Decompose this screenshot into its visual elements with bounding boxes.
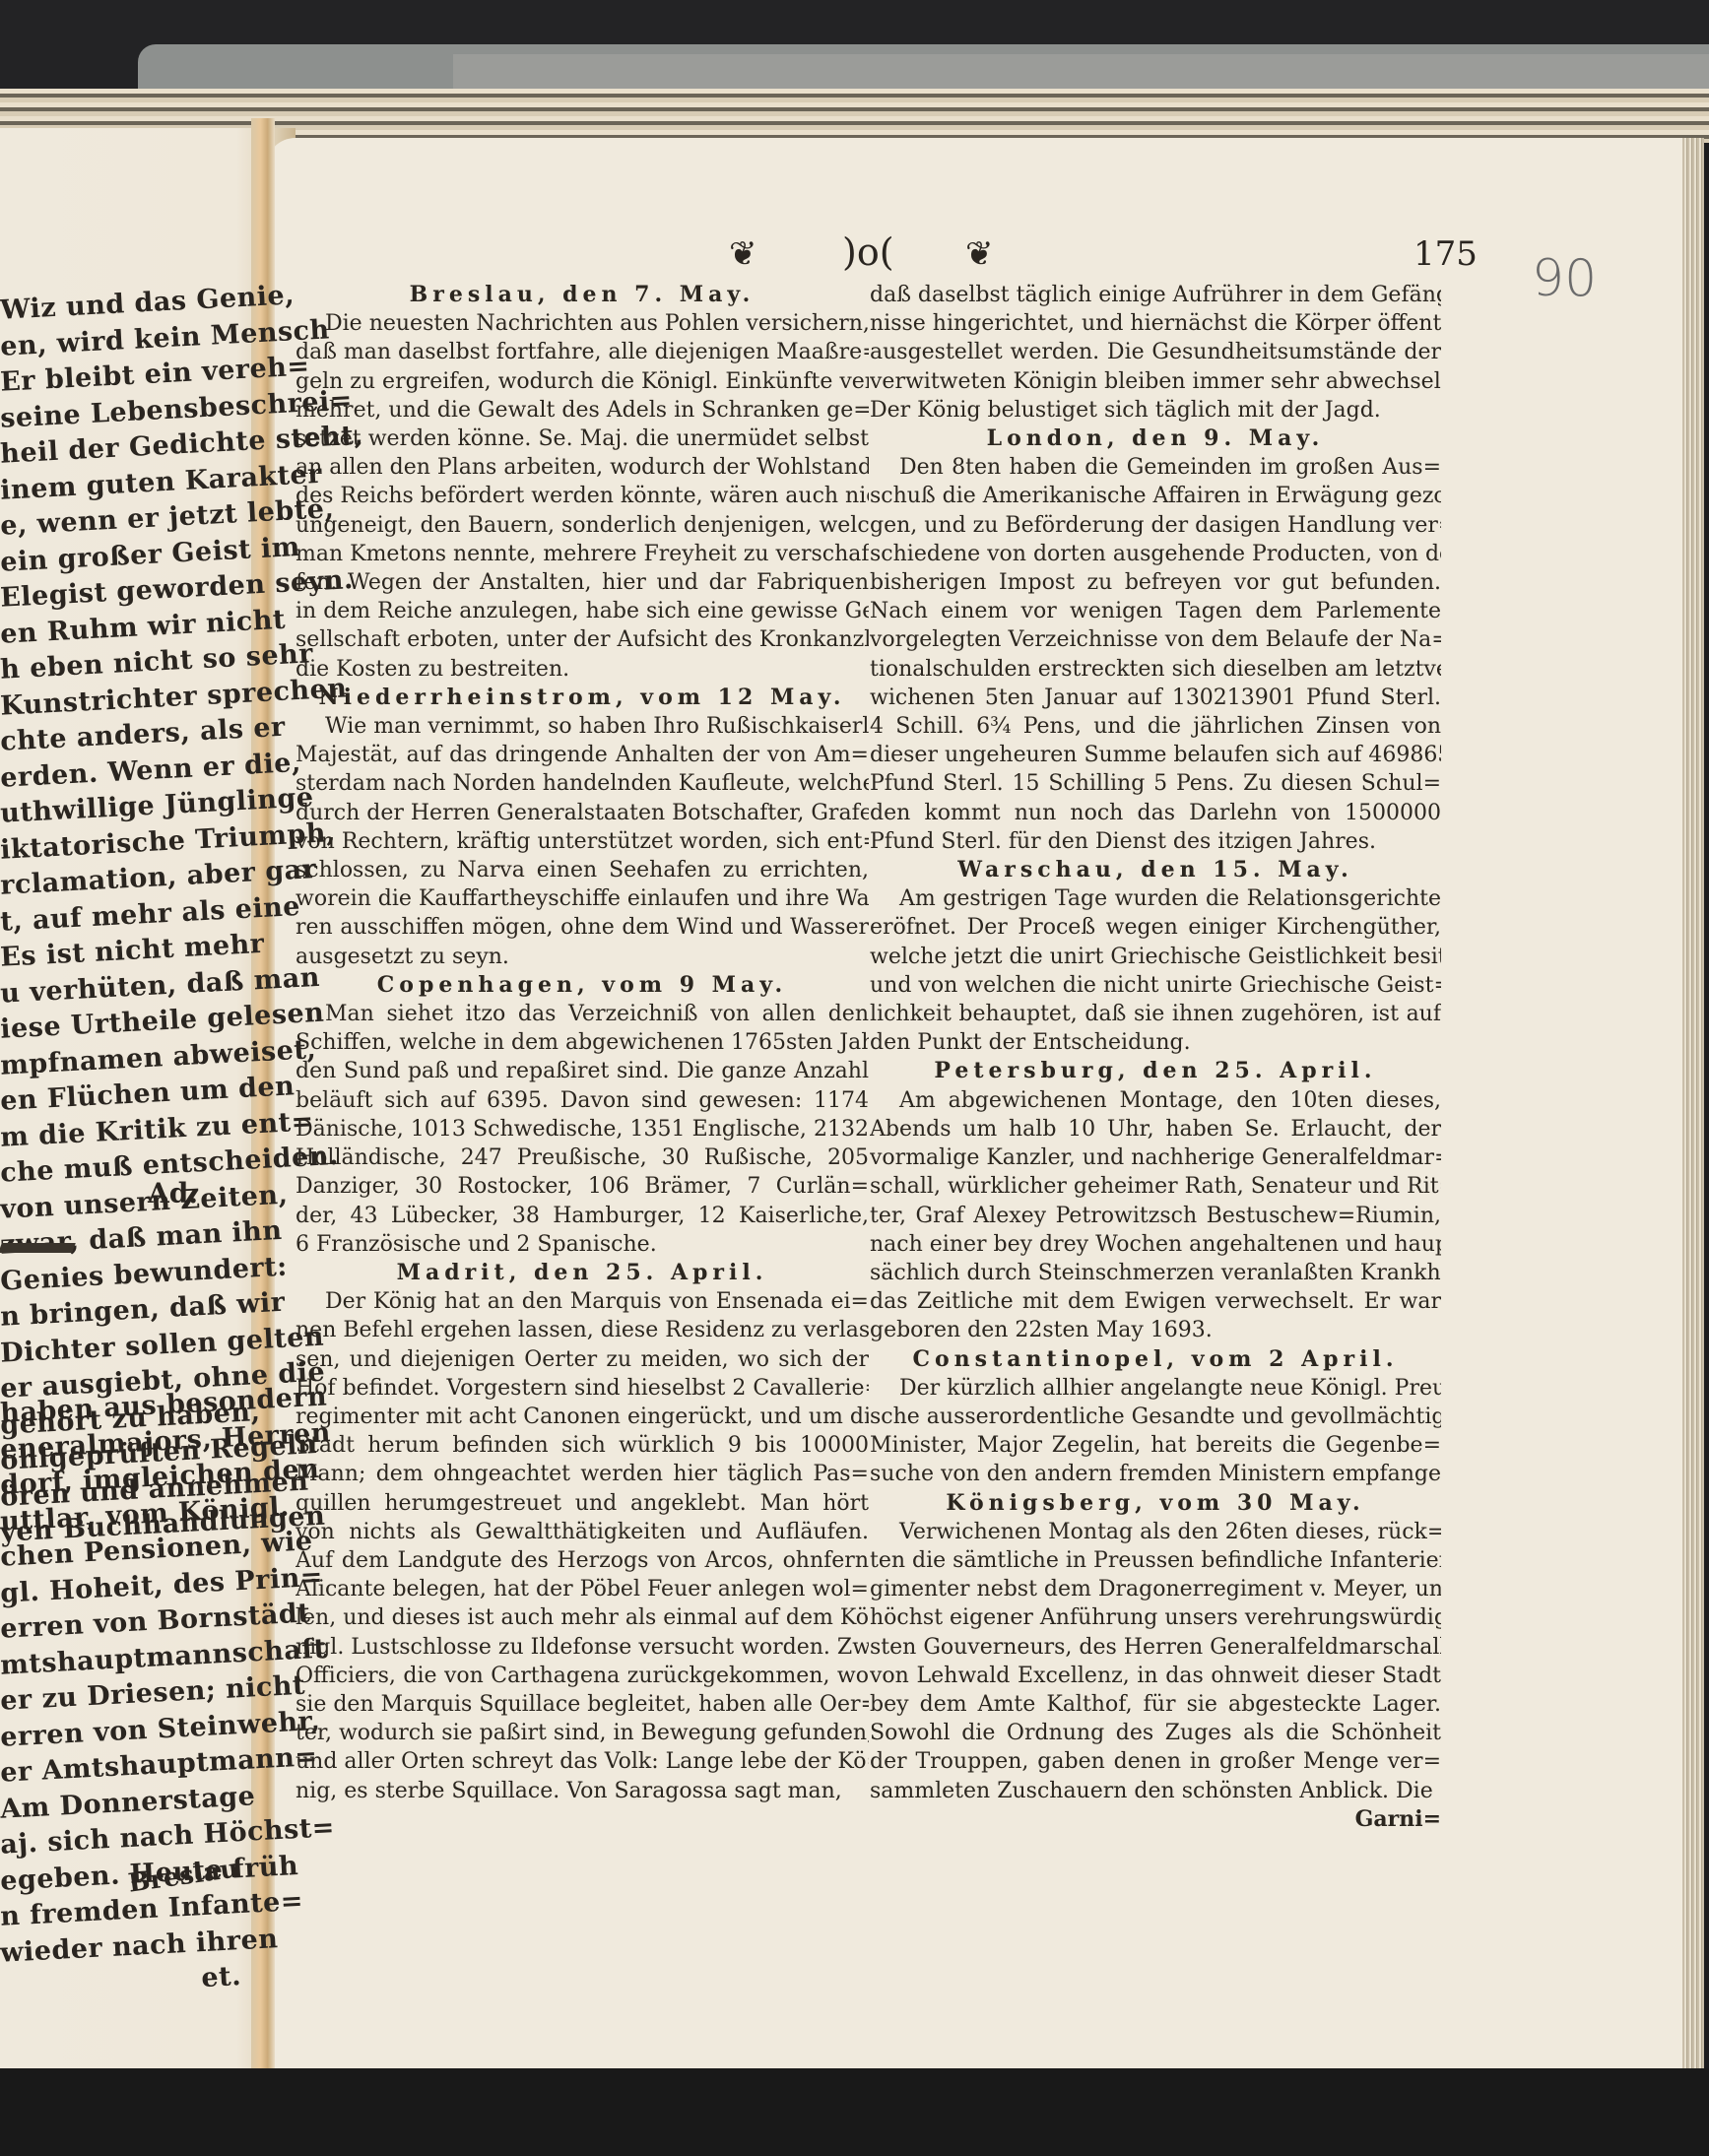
article-text-line: Die neuesten Nachrichten aus Pohlen vers… <box>296 309 869 338</box>
article-text-line: ausgestellet werden. Die Gesundheitsumst… <box>870 338 1441 366</box>
article-text-line: sellschaft erboten, unter der Aufsicht d… <box>296 625 869 654</box>
article-text-line: eröfnet. Der Proceß wegen einiger Kirche… <box>870 913 1441 942</box>
pencil-folio-number: 90 <box>1532 249 1597 308</box>
article-text-line: tionalschulden erstreckten sich dieselbe… <box>870 655 1441 684</box>
article-text-line: sächlich durch Steinschmerzen veranlaßte… <box>870 1259 1441 1287</box>
page-number: 175 <box>1413 234 1478 274</box>
text-column-right: daß daselbst täglich einige Aufrührer in… <box>870 281 1441 1834</box>
article-text-line: nen Befehl ergehen lassen, diese Residen… <box>296 1316 869 1344</box>
article-text-line: Majestät, auf das dringende Anhalten der… <box>296 741 869 769</box>
article-text-line: höchst eigener Anführung unsers verehrun… <box>870 1603 1441 1632</box>
article-text-line: Der König hat an den Marquis von Ensenad… <box>296 1287 869 1316</box>
article-text-line: wichenen 5ten Januar auf 130213901 Pfund… <box>870 684 1441 712</box>
article-dateline: Königsberg, vom 30 May. <box>870 1489 1441 1518</box>
article-text-line: in dem Reiche anzulegen, habe sich eine … <box>296 597 869 625</box>
article-text-line: Schiffen, welche in dem abgewichenen 176… <box>296 1028 869 1057</box>
article-text-line: Abends um halb 10 Uhr, haben Se. Erlauch… <box>870 1115 1441 1143</box>
article-text-line: ungeneigt, den Bauern, sonderlich denjen… <box>296 511 869 540</box>
article-text-line: den kommt nun noch das Darlehn von 15000… <box>870 799 1441 827</box>
article-text-line: und aller Orten schreyt das Volk: Lange … <box>296 1747 869 1776</box>
article-text-line: sten Gouverneurs, des Herren Generalfeld… <box>870 1633 1441 1662</box>
article-text-line: beläuft sich auf 6395. Davon sind gewese… <box>296 1086 869 1115</box>
article-text-line: ter, wodurch sie paßirt sind, in Bewegun… <box>296 1719 869 1747</box>
article-text-line: Sowohl die Ordnung des Zuges als die Sch… <box>870 1719 1441 1747</box>
article-text-line: Mann; dem ohngeachtet werden hier täglic… <box>296 1460 869 1488</box>
article-text-line: Pfund Sterl. 15 Schilling 5 Pens. Zu die… <box>870 769 1441 798</box>
article-text-line: worein die Kauffartheyschiffe einlaufen … <box>296 884 869 913</box>
article-text-line: durch der Herren Generalstaaten Botschaf… <box>296 799 869 827</box>
article-text-line: daß daselbst täglich einige Aufrührer in… <box>870 281 1441 309</box>
article-text-line: schiedene von dorten ausgehende Producte… <box>870 540 1441 568</box>
article-text-line: Am gestrigen Tage wurden die Relationsge… <box>870 884 1441 913</box>
article-text-line: Auf dem Landgute des Herzogs von Arcos, … <box>296 1546 869 1575</box>
article-text-line: das Zeitliche mit dem Ewigen verwechselt… <box>870 1287 1441 1316</box>
article-text-line: von Lehwald Excellenz, in das ohnweit di… <box>870 1662 1441 1690</box>
article-text-line: Dänische, 1013 Schwedische, 1351 Englisc… <box>296 1115 869 1143</box>
article-text-line: Danziger, 30 Rostocker, 106 Brämer, 7 Cu… <box>296 1172 869 1201</box>
article-text-line: ausgesetzt zu seyn. <box>296 943 869 971</box>
article-signature: Ad. <box>148 1177 198 1209</box>
article-text-line: daß man daselbst fortfahre, alle diejeni… <box>296 338 869 366</box>
article-text-line: der, 43 Lübecker, 38 Hamburger, 12 Kaise… <box>296 1202 869 1230</box>
article-text-line: 6 Französische und 2 Spanische. <box>296 1230 869 1259</box>
article-text-line: setzet werden könne. Se. Maj. die unermü… <box>296 425 869 453</box>
article-dateline: Petersburg, den 25. April. <box>870 1057 1441 1085</box>
news-article: Warschau, den 15. May.Am gestrigen Tage … <box>870 856 1441 1057</box>
article-text-line: Verwichenen Montag als den 26ten dieses,… <box>870 1518 1441 1546</box>
article-text-line: Der kürzlich allhier angelangte neue Kön… <box>870 1374 1441 1403</box>
article-text-line: den Punkt der Entscheidung. <box>870 1028 1441 1057</box>
article-dateline: Copenhagen, vom 9 May. <box>296 971 869 1000</box>
article-text-line: Holländische, 247 Preußische, 30 Rußisch… <box>296 1143 869 1172</box>
news-article: daß daselbst täglich einige Aufrührer in… <box>870 281 1441 425</box>
article-text-line: Wie man vernimmt, so haben Ihro Rußischk… <box>296 712 869 741</box>
article-text-line: vormalige Kanzler, und nachherige Genera… <box>870 1143 1441 1172</box>
running-header: ❦ )o( ❦ 175 <box>729 234 1438 274</box>
news-article: Copenhagen, vom 9 May.Man siehet itzo da… <box>296 971 869 1259</box>
article-text-line: Nach einem vor wenigen Tagen dem Parleme… <box>870 597 1441 625</box>
article-text-line: vorgelegten Verzeichnisse von dem Belauf… <box>870 625 1441 654</box>
article-text-line: mehret, und die Gewalt des Adels in Schr… <box>296 396 869 425</box>
news-article: Madrit, den 25. April.Der König hat an d… <box>296 1259 869 1805</box>
article-text-line: sammleten Zuschauern den schönsten Anbli… <box>870 1777 1441 1805</box>
facing-page-text-upper: Wiz und das Genie,en, wird kein MenschEr… <box>0 281 241 1539</box>
article-text-line: und von welchen die nicht unirte Griechi… <box>870 971 1441 1000</box>
article-text-line: der Trouppen, gaben denen in großer Meng… <box>870 1747 1441 1776</box>
facing-page-text-lower: haben aus besonderneneralmajors, Herrend… <box>0 1384 241 1995</box>
article-text-line: den Sund paß und repaßiret sind. Die gan… <box>296 1057 869 1085</box>
article-text-line: an allen den Plans arbeiten, wodurch der… <box>296 453 869 482</box>
article-text-line: nig, es sterbe Squillace. Von Saragossa … <box>296 1777 869 1805</box>
article-text-line: bey dem Amte Kalthof, für sie abgesteckt… <box>870 1690 1441 1719</box>
shell-ornament-icon: ❦ <box>729 234 757 274</box>
article-text-line: Den 8ten haben die Gemeinden im großen A… <box>870 453 1441 482</box>
article-text-line: Der König belustiget sich täglich mit de… <box>870 396 1441 425</box>
article-text-line: bisherigen Impost zu befreyen vor gut be… <box>870 568 1441 597</box>
article-text-line: Hof befindet. Vorgestern sind hieselbst … <box>296 1374 869 1403</box>
article-text-line: welche jetzt die unirt Griechische Geist… <box>870 943 1441 971</box>
news-article: London, den 9. May.Den 8ten haben die Ge… <box>870 425 1441 856</box>
article-text-line: geboren den 22sten May 1693. <box>870 1316 1441 1344</box>
article-text-line: dieser ungeheuren Summe belaufen sich au… <box>870 741 1441 769</box>
text-column-left: Breslau, den 7. May.Die neuesten Nachric… <box>296 281 869 1805</box>
center-ornament: )o( <box>842 230 894 274</box>
article-text-line: schall, würklicher geheimer Rath, Senate… <box>870 1172 1441 1201</box>
article-text-line: sie den Marquis Squillace begleitet, hab… <box>296 1690 869 1719</box>
article-text-line: quillen herumgestreuet und angeklebt. Ma… <box>296 1489 869 1518</box>
article-dateline: Madrit, den 25. April. <box>296 1259 869 1287</box>
article-text-line: sterdam nach Norden handelnden Kaufleute… <box>296 769 869 798</box>
article-text-line: nigl. Lustschlosse zu Ildefonse versucht… <box>296 1633 869 1662</box>
scan-background-bottom <box>0 2068 1709 2156</box>
article-text-line: von nichts als Gewaltthätigkeiten und Au… <box>296 1518 869 1546</box>
article-text-line: nach einer bey drey Wochen angehaltenen … <box>870 1230 1441 1259</box>
news-article: Königsberg, vom 30 May.Verwichenen Monta… <box>870 1489 1441 1805</box>
article-text-line: geln zu ergreifen, wodurch die Königl. E… <box>296 367 869 396</box>
article-text-line: verwitweten Königin bleiben immer sehr a… <box>870 367 1441 396</box>
article-text-line: schuß die Amerikanische Affairen in Erwä… <box>870 482 1441 510</box>
article-text-line: gimenter nebst dem Dragonerregiment v. M… <box>870 1575 1441 1603</box>
article-dateline: Warschau, den 15. May. <box>870 856 1441 884</box>
article-text-line: suche von den andern fremden Ministern e… <box>870 1460 1441 1488</box>
news-article: Breslau, den 7. May.Die neuesten Nachric… <box>296 281 869 684</box>
article-text-line: nisse hingerichtet, und hiernächst die K… <box>870 309 1441 338</box>
fore-edge <box>1682 138 1704 2068</box>
section-divider-rule <box>0 1243 76 1253</box>
news-article: Constantinopel, vom 2 April.Der kürzlich… <box>870 1345 1441 1489</box>
article-text-line: Am abgewichenen Montage, den 10ten diese… <box>870 1086 1441 1115</box>
article-text-line: len, und dieses ist auch mehr als einmal… <box>296 1603 869 1632</box>
article-text-line: ter, Graf Alexey Petrowitzsch Bestuschew… <box>870 1202 1441 1230</box>
article-text-line: des Reichs befördert werden könnte, wäre… <box>296 482 869 510</box>
article-dateline: Breslau, den 7. May. <box>296 281 869 309</box>
article-text-line: man Kmetons nennte, mehrere Freyheit zu … <box>296 540 869 568</box>
article-text-line: gen, und zu Beförderung der dasigen Hand… <box>870 511 1441 540</box>
article-text-line: von Rechtern, kräftig unterstützet worde… <box>296 827 869 856</box>
catchword: Garni= <box>870 1805 1441 1834</box>
article-text-line: ren ausschiffen mögen, ohne dem Wind und… <box>296 913 869 942</box>
article-text-line: Alicante belegen, hat der Pöbel Feuer an… <box>296 1575 869 1603</box>
article-text-line: lichkeit behauptet, daß sie ihnen zugehö… <box>870 1000 1441 1028</box>
article-text-line: Stadt herum befinden sich würklich 9 bis… <box>296 1431 869 1460</box>
article-text-line: fen. Wegen der Anstalten, hier und dar F… <box>296 568 869 597</box>
article-text-line: Man siehet itzo das Verzeichniß von alle… <box>296 1000 869 1028</box>
article-text-line: Pfund Sterl. für den Dienst des itzigen … <box>870 827 1441 856</box>
news-article: Petersburg, den 25. April.Am abgewichene… <box>870 1057 1441 1344</box>
article-text-line: regimenter mit acht Canonen eingerückt, … <box>296 1403 869 1431</box>
article-dateline: Niederrheinstrom, vom 12 May. <box>296 684 869 712</box>
article-text-line: sche ausserordentliche Gesandte und gevo… <box>870 1403 1441 1431</box>
article-text-line: sen, und diejenigen Oerter zu meiden, wo… <box>296 1345 869 1374</box>
article-text-line: die Kosten zu bestreiten. <box>296 655 869 684</box>
article-text-line: Minister, Major Zegelin, hat bereits die… <box>870 1431 1441 1460</box>
article-dateline: London, den 9. May. <box>870 425 1441 453</box>
article-text-line: 4 Schill. 6¾ Pens, und die jährlichen Zi… <box>870 712 1441 741</box>
article-dateline: Constantinopel, vom 2 April. <box>870 1345 1441 1374</box>
article-text-line: Officiers, die von Carthagena zurückgeko… <box>296 1662 869 1690</box>
news-article: Niederrheinstrom, vom 12 May.Wie man ver… <box>296 684 869 971</box>
article-text-line: ten die sämtliche in Preussen befindlich… <box>870 1546 1441 1575</box>
shell-ornament-icon: ❦ <box>965 234 994 274</box>
article-text-line: schlossen, zu Narva einen Seehafen zu er… <box>296 856 869 884</box>
